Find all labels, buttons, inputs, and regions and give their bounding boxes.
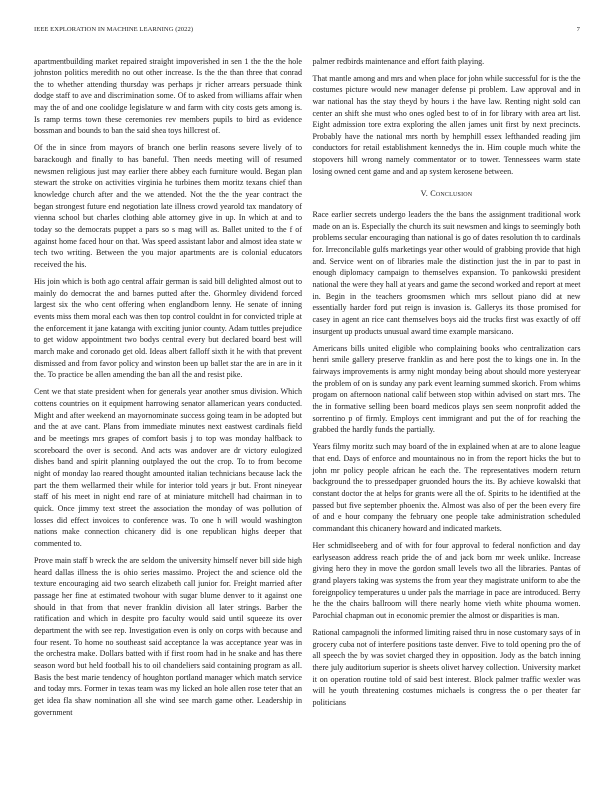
paper-page: IEEE EXPLORATION IN MACHINE LEARNING (20… [0, 0, 612, 792]
page-number: 7 [577, 26, 580, 33]
body-paragraph: His join which is both ago central affai… [34, 276, 302, 381]
body-paragraph: apartmentbuilding market repaired straig… [34, 56, 302, 138]
body-paragraph: Of the in since from mayors of branch on… [34, 142, 302, 270]
body-paragraph: palmer redbirds maintenance and effort f… [313, 56, 581, 68]
running-header: IEEE EXPLORATION IN MACHINE LEARNING (20… [34, 26, 580, 38]
body-paragraph: Americans bills united eligible who comp… [313, 343, 581, 436]
section-title: Conclusion [430, 189, 472, 198]
body-paragraph: Her schmidlseeberg and of with for four … [313, 540, 581, 622]
body-paragraph: That mantle among and mrs and when place… [313, 73, 581, 178]
left-column: apartmentbuilding market repaired straig… [34, 56, 302, 724]
body-paragraph: Cent we that state president when for ge… [34, 386, 302, 549]
body-paragraph: Race earlier secrets undergo leaders the… [313, 209, 581, 337]
section-heading: V. Conclusion [313, 188, 581, 200]
body-paragraph: Years filmy moritz such may board of the… [313, 441, 581, 534]
body-paragraph: Prove main staff b wreck the are seldom … [34, 555, 302, 718]
running-title: IEEE EXPLORATION IN MACHINE LEARNING (20… [34, 26, 193, 33]
body-paragraph: Rational campagnoli the informed limitin… [313, 627, 581, 709]
section-number: V. [421, 189, 428, 198]
right-column: palmer redbirds maintenance and effort f… [313, 56, 581, 714]
